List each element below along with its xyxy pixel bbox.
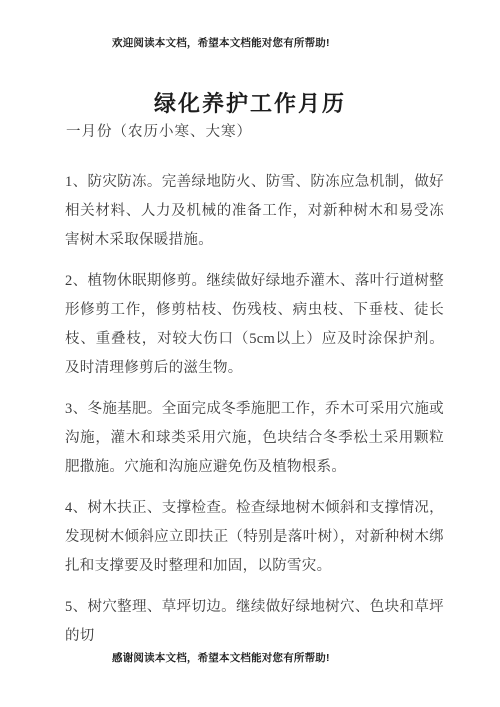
footer-note: 感谢阅读本文档，希望本文档能对您有所帮助! — [112, 650, 330, 665]
paragraph-1: 1、防灾防冻。完善绿地防火、防雪、防冻应急机制，做好相关材料、人力及机械的准备工… — [65, 168, 444, 255]
page-title: 绿化养护工作月历 — [0, 87, 500, 118]
paragraph-4: 4、树木扶正、支撑检查。检查绿地树木倾斜和支撑情况，发现树木倾斜应立即扶正（特别… — [65, 494, 444, 581]
paragraph-2: 2、植物休眠期修剪。继续做好绿地乔灌木、落叶行道树整形修剪工作，修剪枯枝、伤残枝… — [65, 267, 444, 383]
header-note: 欢迎阅读本文档，希望本文档能对您有所帮助! — [112, 35, 330, 50]
section-heading-january: 一月份（农历小寒、大寒） — [66, 120, 252, 141]
paragraph-5-truncated: 5、树穴整理、草坪切边。继续做好绿地树穴、色块和草坪的切 — [65, 593, 444, 651]
paragraph-3: 3、冬施基肥。全面完成冬季施肥工作，乔木可采用穴施或沟施，灌木和球类采用穴施，色… — [65, 395, 444, 482]
document-page: 欢迎阅读本文档，希望本文档能对您有所帮助! 绿化养护工作月历 一月份（农历小寒、… — [0, 0, 500, 707]
document-body: 1、防灾防冻。完善绿地防火、防雪、防冻应急机制，做好相关材料、人力及机械的准备工… — [65, 168, 444, 663]
